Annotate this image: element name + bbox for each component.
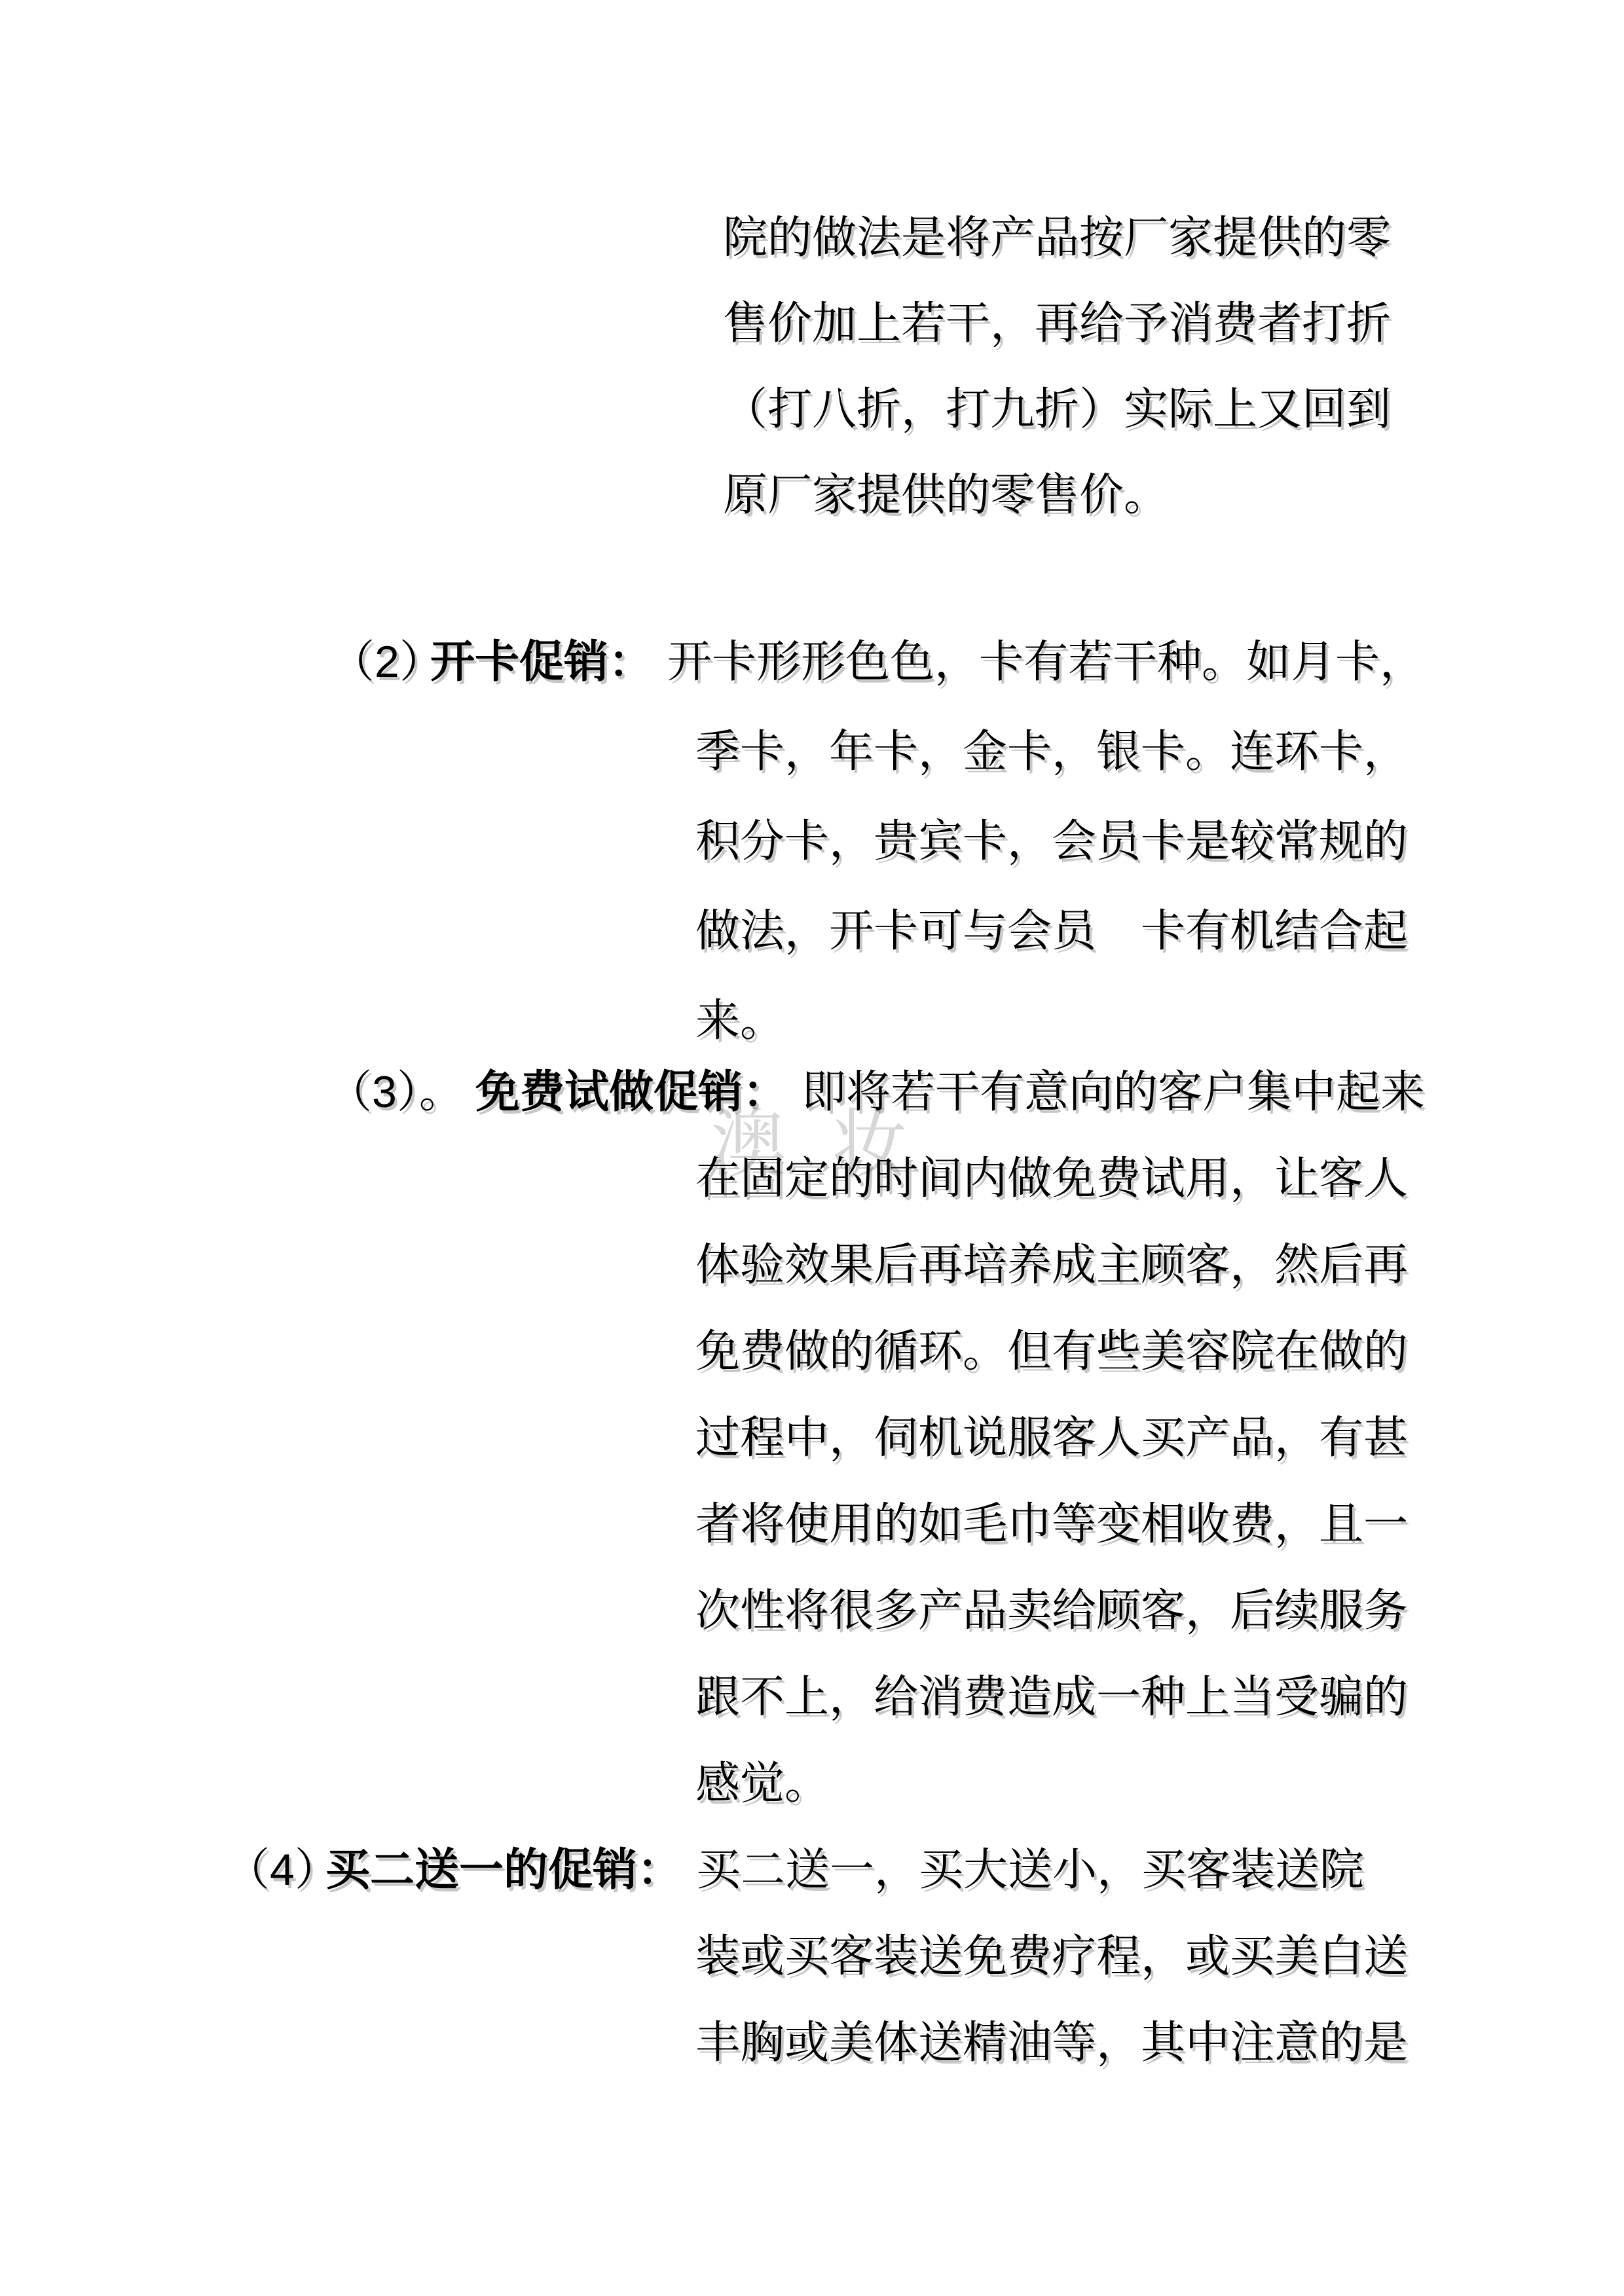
text-line: （3）。免费试做促销：即将若干有意向的客户集中起来 xyxy=(0,1049,1624,1135)
line-text: 即将若干有意向的客户集中起来 xyxy=(802,1067,1425,1117)
text-line: 原厂家提供的零售价。 xyxy=(0,452,1624,538)
item-title-colon: ： xyxy=(637,1845,682,1895)
line-text: 开卡形形色色，卡有若干种。如月卡， xyxy=(667,637,1424,687)
item-number: （4） xyxy=(225,1827,325,1913)
text-line: （2）开卡促销：开卡形形色色，卡有若干种。如月卡， xyxy=(0,617,1624,707)
text-line: 季卡，年卡，金卡，银卡。连环卡， xyxy=(0,707,1624,797)
text-line: （打八折，打九折）实际上又回到 xyxy=(0,367,1624,452)
line-text: 买二送一，买大送小，买客装送院 xyxy=(696,1845,1364,1895)
item-title: 买二送一的促销 xyxy=(325,1845,637,1895)
item-title: 开卡促销 xyxy=(430,637,608,687)
paragraph-item-2-card-promotion: （2）开卡促销：开卡形形色色，卡有若干种。如月卡，季卡，年卡，金卡，银卡。连环卡… xyxy=(0,617,1624,1066)
line-text: 装或买客装送免费疗程，或买美白送 xyxy=(695,1931,1408,1981)
line-text: 原厂家提供的零售价。 xyxy=(723,470,1168,520)
line-text: （打八折，打九折）实际上又回到 xyxy=(723,384,1391,434)
item-title-colon: ： xyxy=(743,1067,787,1117)
item-number: （2） xyxy=(330,617,430,707)
paragraph-item-3-free-trial-promotion: （3）。免费试做促销：即将若干有意向的客户集中起来在固定的时间内做免费试用，让客… xyxy=(0,1049,1624,1827)
line-text: 季卡，年卡，金卡，银卡。连环卡， xyxy=(695,727,1408,776)
line-text: 感觉。 xyxy=(695,1758,829,1808)
page: 澳 妆 院的做法是将产品按厂家提供的零售价加上若干，再给予消费者打折（打八折，打… xyxy=(0,0,1624,2296)
text-line: 次性将很多产品卖给顾客，后续服务 xyxy=(0,1567,1624,1654)
text-line: 在固定的时间内做免费试用，让客人 xyxy=(0,1135,1624,1222)
text-line: 体验效果后再培养成主顾客，然后再 xyxy=(0,1222,1624,1308)
text-line: 感觉。 xyxy=(0,1740,1624,1827)
paragraph-item-1-continuation: 院的做法是将产品按厂家提供的零售价加上若干，再给予消费者打折（打八折，打九折）实… xyxy=(0,195,1624,538)
line-text: 积分卡，贵宾卡，会员卡是较常规的 xyxy=(695,816,1408,866)
text-line: 售价加上若干，再给予消费者打折 xyxy=(0,281,1624,367)
text-line: 丰胸或美体送精油等，其中注意的是 xyxy=(0,1999,1624,2086)
line-text: 做法，开卡可与会员 卡有机结合起 xyxy=(695,906,1408,956)
line-text: 来。 xyxy=(695,996,784,1046)
text-line: 做法，开卡可与会员 卡有机结合起 xyxy=(0,886,1624,976)
text-line: 者将使用的如毛巾等变相收费，且一 xyxy=(0,1481,1624,1567)
line-text: 丰胸或美体送精油等，其中注意的是 xyxy=(695,2018,1408,2068)
text-line: 跟不上，给消费造成一种上当受骗的 xyxy=(0,1654,1624,1740)
line-text: 次性将很多产品卖给顾客，后续服务 xyxy=(695,1586,1408,1635)
line-text: 售价加上若干，再给予消费者打折 xyxy=(723,299,1391,348)
line-text: 体验效果后再培养成主顾客，然后再 xyxy=(695,1240,1408,1290)
paragraph-item-4-buy-two-get-one-promotion: （4）买二送一的促销：买二送一，买大送小，买客装送院装或买客装送免费疗程，或买美… xyxy=(0,1827,1624,2086)
text-line: 过程中，伺机说服客人买产品，有甚 xyxy=(0,1394,1624,1481)
line-text: 过程中，伺机说服客人买产品，有甚 xyxy=(695,1413,1408,1463)
line-text: 在固定的时间内做免费试用，让客人 xyxy=(695,1154,1408,1203)
text-line: （4）买二送一的促销：买二送一，买大送小，买客装送院 xyxy=(0,1827,1624,1913)
line-text: 免费做的循环。但有些美容院在做的 xyxy=(695,1326,1408,1376)
line-text: 院的做法是将产品按厂家提供的零 xyxy=(723,213,1391,263)
line-text: 跟不上，给消费造成一种上当受骗的 xyxy=(695,1672,1408,1722)
text-line: 积分卡，贵宾卡，会员卡是较常规的 xyxy=(0,797,1624,886)
line-text: 者将使用的如毛巾等变相收费，且一 xyxy=(695,1499,1408,1549)
item-title-colon: ： xyxy=(608,637,653,687)
item-number: （3）。 xyxy=(327,1049,475,1135)
text-line: 装或买客装送免费疗程，或买美白送 xyxy=(0,1913,1624,1999)
text-line: 免费做的循环。但有些美容院在做的 xyxy=(0,1308,1624,1394)
item-title: 免费试做促销 xyxy=(475,1067,743,1117)
text-line: 院的做法是将产品按厂家提供的零 xyxy=(0,195,1624,281)
